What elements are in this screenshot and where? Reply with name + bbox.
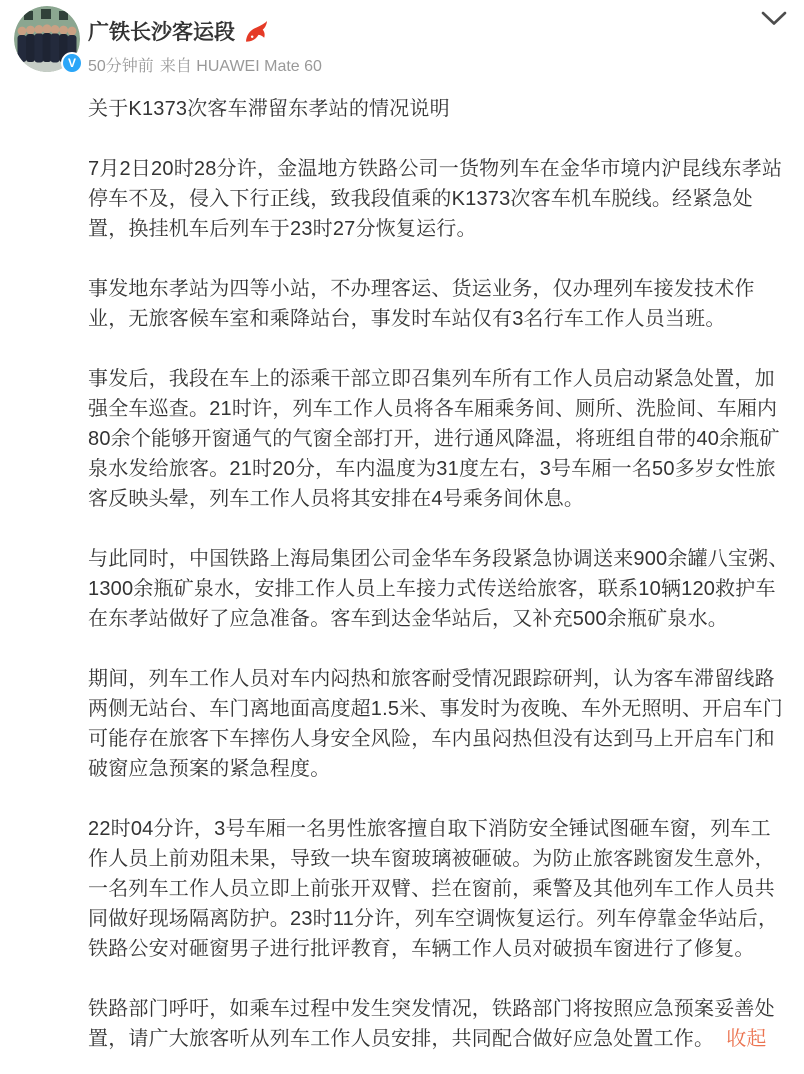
username[interactable]: 广铁长沙客运段 [88, 16, 235, 46]
timestamp[interactable]: 50分钟前 [88, 58, 154, 75]
avatar[interactable]: V [14, 6, 80, 72]
post-meta: 50分钟前来自 HUAWEI Mate 60 [88, 53, 790, 76]
username-row: 广铁长沙客运段 [88, 8, 790, 46]
post-header: V 广铁长沙客运段 50分钟前来自 HUAWEI Mate 60 [88, 8, 790, 72]
collapse-link[interactable]: 收起 [726, 1028, 766, 1050]
post-content: 关于K1373次客车滞留东孝站的情况说明 7月2日20时28分许，金温地方铁路公… [88, 94, 790, 1054]
post-paragraph: 事发后，我段在车上的添乘干部立即召集列车所有工作人员启动紧急处置，加强全车巡查。… [88, 364, 790, 514]
post-paragraph-last: 铁路部门呼吁，如乘车过程中发生突发情况，铁路部门将按照应急预案妥善处置，请广大旅… [88, 994, 790, 1054]
source-device[interactable]: 来自 HUAWEI Mate 60 [160, 58, 322, 75]
post-paragraph-text: 铁路部门呼吁，如乘车过程中发生突发情况，铁路部门将按照应急预案妥善处置，请广大旅… [88, 998, 775, 1050]
post-title: 关于K1373次客车滞留东孝站的情况说明 [88, 94, 790, 124]
post-paragraph: 事发地东孝站为四等小站，不办理客运、货运业务，仅办理列车接发技术作业，无旅客候车… [88, 274, 790, 334]
weibo-post: V 广铁长沙客运段 50分钟前来自 HUAWEI Mate 60 关于K1373… [0, 0, 804, 1074]
post-paragraph: 22时04分许，3号车厢一名男性旅客擅自取下消防安全锤试图砸车窗，列车工作人员上… [88, 814, 790, 964]
post-paragraph: 7月2日20时28分许，金温地方铁路公司一货物列车在金华市境内沪昆线东孝站停车不… [88, 154, 790, 244]
chevron-down-icon[interactable] [760, 8, 788, 28]
post-paragraph: 期间，列车工作人员对车内闷热和旅客耐受情况跟踪研判，认为客车滞留线路两侧无站台、… [88, 664, 790, 784]
verified-badge-icon: V [61, 52, 83, 74]
koi-fish-emoji-icon [244, 20, 269, 43]
post-paragraph: 与此同时，中国铁路上海局集团公司金华车务段紧急协调送来900余罐八宝粥、1300… [88, 544, 790, 634]
